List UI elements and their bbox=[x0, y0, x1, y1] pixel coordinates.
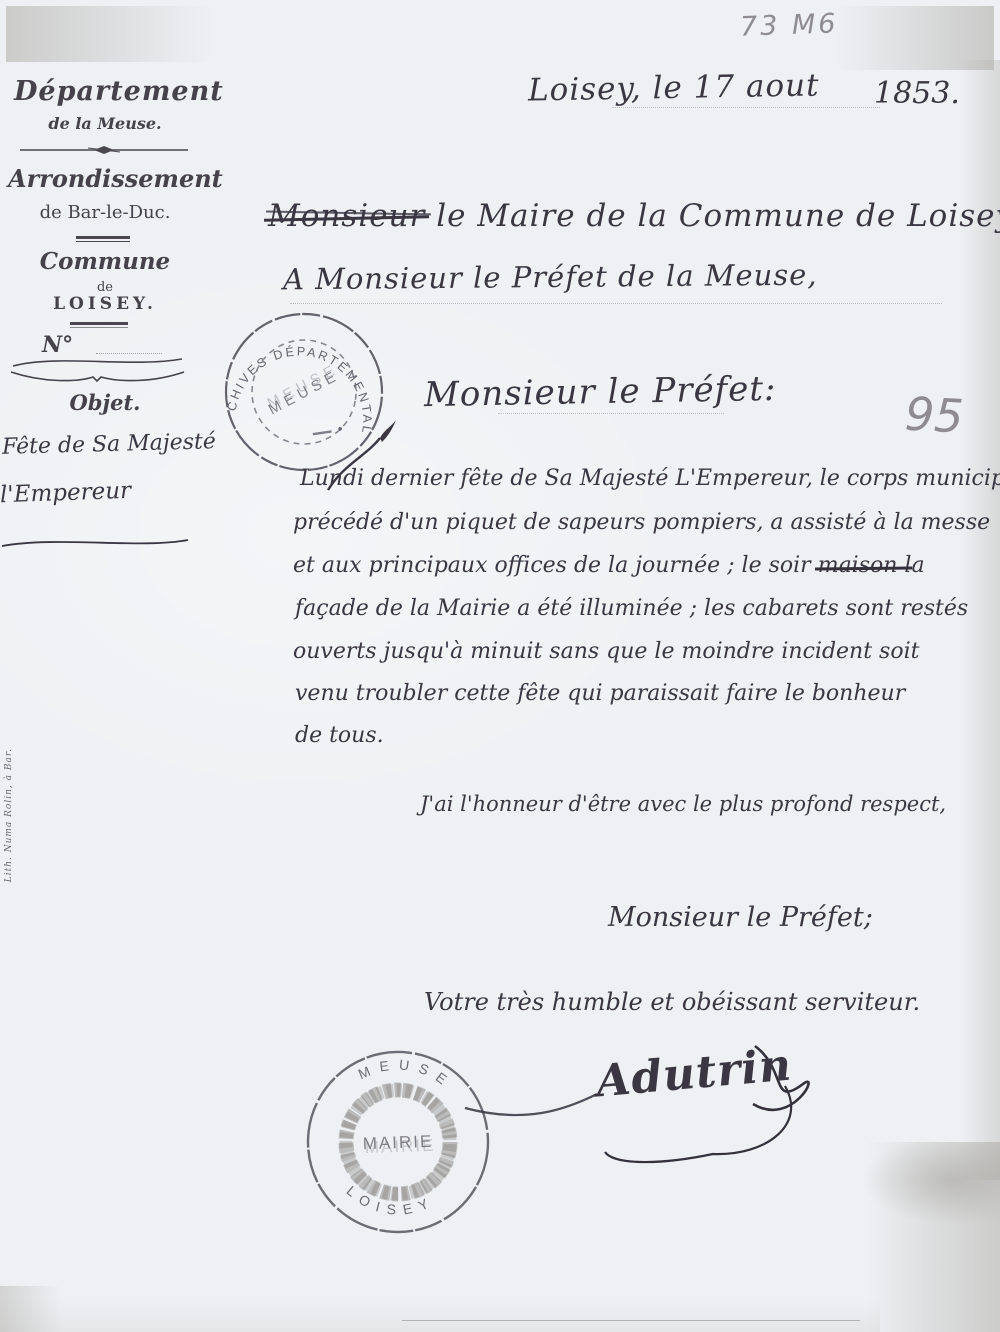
letterhead-arrondissement-sub: de Bar-le-Duc. bbox=[14, 202, 196, 223]
objet-label: Objet. bbox=[14, 390, 196, 415]
body-line-2: précédé d'un piquet de sapeurs pompiers,… bbox=[293, 510, 990, 535]
letterhead-ornament-rule bbox=[18, 144, 190, 156]
scan-noise-top-left bbox=[6, 6, 241, 62]
body-line-3-pre: et aux principaux offices de la journée … bbox=[293, 553, 811, 578]
salutation: Monsieur le Préfet: bbox=[424, 369, 777, 415]
body-line-4: façade de la Mairie a été illuminée ; le… bbox=[295, 596, 968, 621]
scan-noise-bottom-strip bbox=[0, 1284, 880, 1332]
objet-value-line2: l'Empereur bbox=[0, 478, 131, 509]
letterhead-rule2-thick bbox=[70, 322, 128, 325]
closing-servant-line: Votre très humble et obéissant serviteur… bbox=[424, 988, 920, 1016]
letterhead-department-sub: de la Meuse. bbox=[14, 114, 196, 133]
mairie-stamp-center-echo: MAIRIE bbox=[365, 1136, 436, 1157]
address-line1-rest: le Maire de la Commune de Loisey, bbox=[436, 198, 1000, 234]
dateline-place: Loisey, le 17 aout bbox=[528, 67, 820, 108]
letterhead-arrondissement: Arrondissement bbox=[8, 164, 202, 193]
body-line-6: venu troubler cette fête qui paraissait … bbox=[295, 681, 905, 706]
objet-value-line1: Fête de Sa Majesté bbox=[2, 429, 216, 460]
body-line-1: Lundi dernier fête de Sa Majesté L'Emper… bbox=[300, 466, 1000, 491]
body-line-7: de tous. bbox=[295, 723, 384, 748]
scan-noise-bottom-left bbox=[0, 1286, 72, 1332]
address-line2: A Monsieur le Préfet de la Meuse, bbox=[283, 258, 818, 297]
printer-credit-text: Lith. Numa Rolin, à Bar. bbox=[4, 748, 14, 882]
dateline-guide-line bbox=[612, 106, 880, 108]
scan-artifact-line bbox=[402, 1320, 860, 1321]
closing-respect-line: J'ai l'honneur d'être avec le plus profo… bbox=[420, 792, 946, 816]
body-line-3-post: la bbox=[904, 553, 924, 578]
letterhead-commune-name: LOISEY. bbox=[14, 294, 196, 314]
letterhead-commune: Commune bbox=[14, 248, 196, 275]
letterhead-department: Département bbox=[14, 76, 196, 107]
address-line1: Monsieur le Maire de la Commune de Loise… bbox=[268, 198, 1000, 234]
pencil-archival-code: 73 M6 bbox=[739, 8, 838, 42]
scanned-letter-page: Département de la Meuse. Arrondissement … bbox=[0, 0, 1000, 1332]
letterhead-rule2-thin bbox=[70, 327, 128, 328]
body-line-3-struck-word: maison bbox=[818, 553, 898, 578]
scan-noise-top-right bbox=[818, 6, 994, 70]
address-struck-word: Monsieur bbox=[268, 198, 425, 234]
salutation-guide-line bbox=[498, 412, 724, 414]
body-line-3: et aux principaux offices de la journée … bbox=[293, 553, 925, 578]
objet-brace-ornament bbox=[8, 368, 188, 388]
body-line-5: ouverts jusqu'à minuit sans que le moind… bbox=[293, 639, 919, 664]
dateline-year: 1853. bbox=[874, 76, 960, 111]
pencil-page-number: 95 bbox=[904, 387, 965, 444]
letterhead-commune-de: de bbox=[14, 280, 196, 295]
objet-underline-flourish bbox=[0, 534, 192, 552]
letterhead-rule-thick bbox=[76, 236, 130, 239]
closing-prefet-line: Monsieur le Préfet; bbox=[608, 902, 873, 933]
printer-credit: Lith. Numa Rolin, à Bar. bbox=[4, 748, 22, 878]
letterhead-rule-thin bbox=[76, 241, 130, 242]
